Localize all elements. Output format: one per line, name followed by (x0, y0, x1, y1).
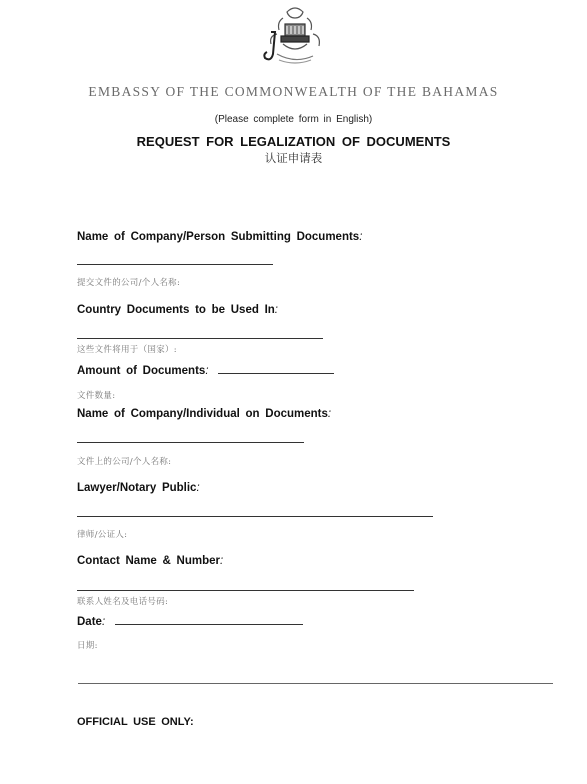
country-input-line[interactable] (77, 338, 323, 339)
field-label-date: Date: (77, 614, 303, 628)
lawyer-input-line[interactable] (77, 516, 433, 517)
date-input-line[interactable] (115, 614, 303, 625)
field-label-contact-cn: 联系人姓名及电话号码: (77, 595, 168, 607)
section-divider (78, 683, 553, 684)
field-label-lawyer: Lawyer/Notary Public: (77, 482, 200, 494)
field-label-individual: Name of Company/Individual on Documents: (77, 408, 331, 420)
field-label-lawyer-cn: 律师/公证人: (77, 528, 127, 540)
official-use-heading: OFFICIAL USE ONLY: (77, 716, 194, 728)
field-label-country: Country Documents to be Used In: (77, 304, 278, 316)
form-title-chinese: 认证申请表 (0, 150, 587, 166)
form-title: REQUEST FOR LEGALIZATION OF DOCUMENTS (0, 134, 587, 149)
field-label-submitter-cn: 提交文件的公司/个人名称: (77, 276, 180, 288)
field-label-individual-cn: 文件上的公司/个人名称: (77, 455, 171, 467)
language-instruction: (Please complete form in English) (0, 114, 587, 125)
field-label-amount-cn: 文件数量: (77, 389, 115, 401)
individual-input-line[interactable] (77, 442, 304, 443)
field-label-submitter: Name of Company/Person Submitting Docume… (77, 231, 362, 243)
field-label-amount: Amount of Documents: (77, 363, 334, 377)
contact-input-line[interactable] (77, 590, 414, 591)
submitter-input-line[interactable] (77, 264, 273, 265)
field-label-date-cn: 日期: (77, 639, 98, 651)
embassy-name: EMBASSY OF THE COMMONWEALTH OF THE BAHAM… (0, 84, 587, 100)
field-label-country-cn: 这些文件将用于（国家）: (77, 343, 177, 355)
bahamas-coat-of-arms-icon (257, 4, 333, 70)
amount-input-line[interactable] (218, 363, 334, 374)
field-label-contact: Contact Name & Number: (77, 555, 223, 567)
